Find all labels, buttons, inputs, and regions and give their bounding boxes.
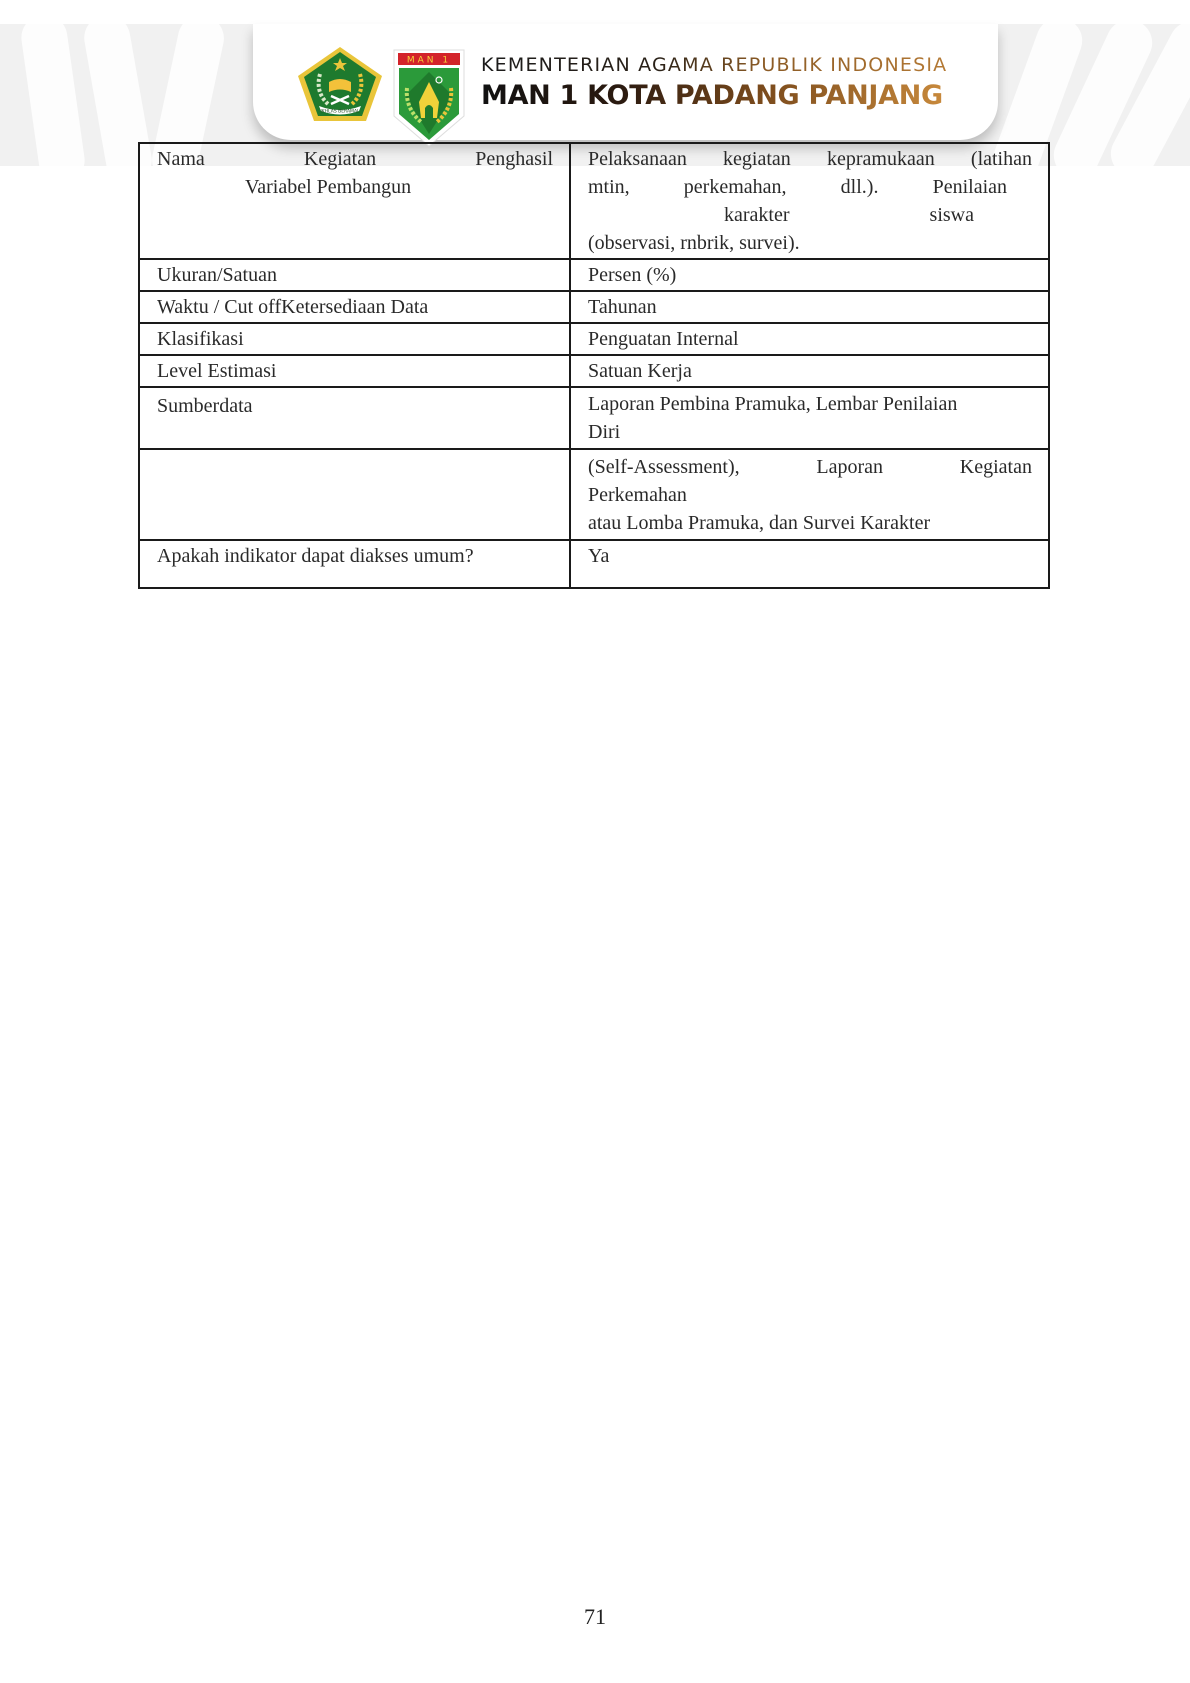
indicator-metadata-table: Nama Kegiatan Penghasil Variabel Pembang… bbox=[138, 142, 1050, 589]
letterhead-school-name: MAN 1 KOTA PADANG PANJANG bbox=[481, 80, 947, 111]
table-row: Waktu / Cut offKetersediaan Data Tahunan bbox=[139, 291, 1049, 323]
table-cell-value: Laporan Pembina Pramuka, Lembar Penilaia… bbox=[570, 387, 1049, 449]
row-label-line: Variabel Pembangun bbox=[157, 173, 553, 201]
row-value-line: karakter siswa bbox=[588, 201, 1032, 229]
table-cell-value: Penguatan Internal bbox=[570, 323, 1049, 355]
man-1-logo-icon: MAN 1 bbox=[391, 46, 467, 150]
table-cell-value: Pelaksanaan kegiatan kepramukaan (latiha… bbox=[570, 143, 1049, 259]
table-cell-label: Apakah indikator dapat diakses umum? bbox=[139, 540, 570, 588]
table-cell-label: Waktu / Cut offKetersediaan Data bbox=[139, 291, 570, 323]
row-value-line: (Self-Assessment), Laporan Kegiatan bbox=[588, 453, 1032, 481]
letterhead-ministry-name: KEMENTERIAN AGAMA REPUBLIK INDONESIA bbox=[481, 54, 947, 76]
table-row: (Self-Assessment), Laporan Kegiatan Perk… bbox=[139, 449, 1049, 540]
table-cell-value: Persen (%) bbox=[570, 259, 1049, 291]
row-value-line: Perkemahan bbox=[588, 481, 1032, 509]
table-cell-label: Sumberdata bbox=[139, 387, 570, 449]
row-value-line: mtin, perkemahan, dll.). Penilaian bbox=[588, 173, 1032, 201]
table-cell-value: Satuan Kerja bbox=[570, 355, 1049, 387]
table-cell-label bbox=[139, 449, 570, 540]
table-cell-value: Ya bbox=[570, 540, 1049, 588]
row-value-line: Pelaksanaan kegiatan kepramukaan (latiha… bbox=[588, 145, 1032, 173]
table-cell-value: Tahunan bbox=[570, 291, 1049, 323]
row-value-line: atau Lomba Pramuka, dan Survei Karakter bbox=[588, 509, 1032, 537]
table-cell-label: Klasifikasi bbox=[139, 323, 570, 355]
table-cell-label: Ukuran/Satuan bbox=[139, 259, 570, 291]
page-number: 71 bbox=[0, 1604, 1190, 1630]
table-cell-label: Level Estimasi bbox=[139, 355, 570, 387]
table-row: Nama Kegiatan Penghasil Variabel Pembang… bbox=[139, 143, 1049, 259]
table-row: Sumberdata Laporan Pembina Pramuka, Lemb… bbox=[139, 387, 1049, 449]
table-row: Level Estimasi Satuan Kerja bbox=[139, 355, 1049, 387]
table-row: Apakah indikator dapat diakses umum? Ya bbox=[139, 540, 1049, 588]
row-label-line: Nama Kegiatan Penghasil bbox=[157, 145, 553, 173]
table-row: Ukuran/Satuan Persen (%) bbox=[139, 259, 1049, 291]
svg-text:MAN 1: MAN 1 bbox=[407, 56, 451, 66]
row-value-line: Laporan Pembina Pramuka, Lembar Penilaia… bbox=[588, 390, 1032, 418]
kementerian-agama-logo-icon: IKHLAS BERAMAL bbox=[295, 44, 385, 124]
letterhead-banner: IKHLAS BERAMAL MAN 1 KEMENTERIAN AGAMA R… bbox=[253, 24, 998, 140]
svg-text:IKHLAS BERAMAL: IKHLAS BERAMAL bbox=[320, 109, 360, 115]
table-cell-label: Nama Kegiatan Penghasil Variabel Pembang… bbox=[139, 143, 570, 259]
row-value-line: (observasi, rnbrik, survei). bbox=[588, 229, 1032, 257]
row-value-line: Diri bbox=[588, 418, 1032, 446]
table-row: Klasifikasi Penguatan Internal bbox=[139, 323, 1049, 355]
table-cell-value: (Self-Assessment), Laporan Kegiatan Perk… bbox=[570, 449, 1049, 540]
